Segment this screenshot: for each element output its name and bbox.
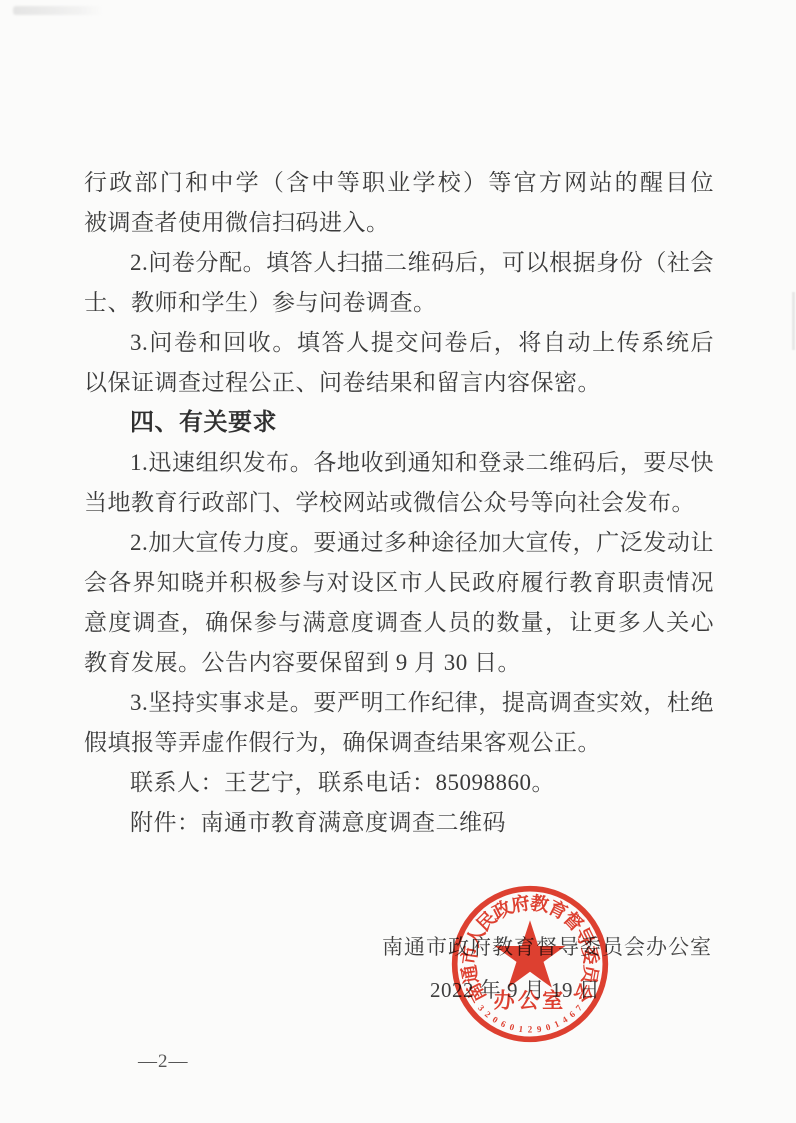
seal-office-text: 办公室 bbox=[494, 988, 567, 1013]
body-line: 教育发展。公告内容要保留到 9 月 30 日。 bbox=[84, 643, 714, 683]
body-line: 士、教师和学生）参与问卷调查。 bbox=[84, 283, 714, 323]
body-line: 行政部门和中学（含中等职业学校）等官方网站的醒目位置，由 bbox=[84, 163, 714, 203]
svg-text:3: 3 bbox=[476, 1003, 487, 1013]
document-body: 行政部门和中学（含中等职业学校）等官方网站的醒目位置，由被调查者使用微信扫码进入… bbox=[84, 163, 714, 843]
body-line: 当地教育行政部门、学校网站或微信公众号等向社会发布。 bbox=[84, 483, 714, 523]
body-line: 会各界知晓并积极参与对设区市人民政府履行教育职责情况满 bbox=[84, 563, 714, 603]
body-line: 2.问卷分配。填答人扫描二维码后，可以根据身份（社会人 bbox=[84, 243, 714, 283]
body-line: 附件：南通市教育满意度调查二维码 bbox=[84, 803, 714, 843]
body-line: 3.问卷和回收。填答人提交问卷后，将自动上传系统后台， bbox=[84, 323, 714, 363]
svg-text:9: 9 bbox=[536, 1024, 542, 1035]
body-line: 1.迅速组织发布。各地收到通知和登录二维码后，要尽快在 bbox=[84, 443, 714, 483]
page-number: —2— bbox=[138, 1051, 189, 1073]
body-line: 以保证调查过程公正、问卷结果和留言内容保密。 bbox=[84, 363, 714, 403]
svg-text:0: 0 bbox=[508, 1022, 516, 1033]
body-line: 3.坚持实事求是。要严明工作纪律，提高调查实效，杜绝虚 bbox=[84, 683, 714, 723]
section-heading: 四、有关要求 bbox=[84, 403, 714, 443]
svg-text:2: 2 bbox=[528, 1025, 533, 1035]
svg-text:7: 7 bbox=[574, 1002, 585, 1012]
svg-text:0: 0 bbox=[545, 1022, 553, 1033]
svg-text:0: 0 bbox=[491, 1014, 501, 1025]
body-line: 意度调查，确保参与满意度调查人员的数量，让更多人关心当地 bbox=[84, 603, 714, 643]
scan-edge-artifact bbox=[792, 292, 795, 350]
official-seal: 南通市人民政府教育督导委员会 办公室 3206012901467 bbox=[449, 883, 611, 1045]
svg-text:6: 6 bbox=[499, 1018, 508, 1029]
svg-text:2: 2 bbox=[483, 1009, 493, 1020]
svg-text:1: 1 bbox=[518, 1024, 524, 1035]
svg-text:6: 6 bbox=[567, 1009, 577, 1020]
star-icon bbox=[495, 920, 566, 987]
body-line: 联系人：王艺宁，联系电话：85098860。 bbox=[84, 763, 714, 803]
body-line: 2.加大宣传力度。要通过多种途径加大宣传，广泛发动让社 bbox=[84, 523, 714, 563]
body-line: 假填报等弄虚作假行为，确保调查结果客观公正。 bbox=[84, 723, 714, 763]
svg-text:1: 1 bbox=[553, 1018, 561, 1029]
scan-smudge-artifact bbox=[13, 6, 103, 15]
document-page: 行政部门和中学（含中等职业学校）等官方网站的醒目位置，由被调查者使用微信扫码进入… bbox=[0, 0, 796, 1123]
body-line: 被调查者使用微信扫码进入。 bbox=[84, 203, 714, 243]
svg-text:4: 4 bbox=[560, 1014, 570, 1025]
